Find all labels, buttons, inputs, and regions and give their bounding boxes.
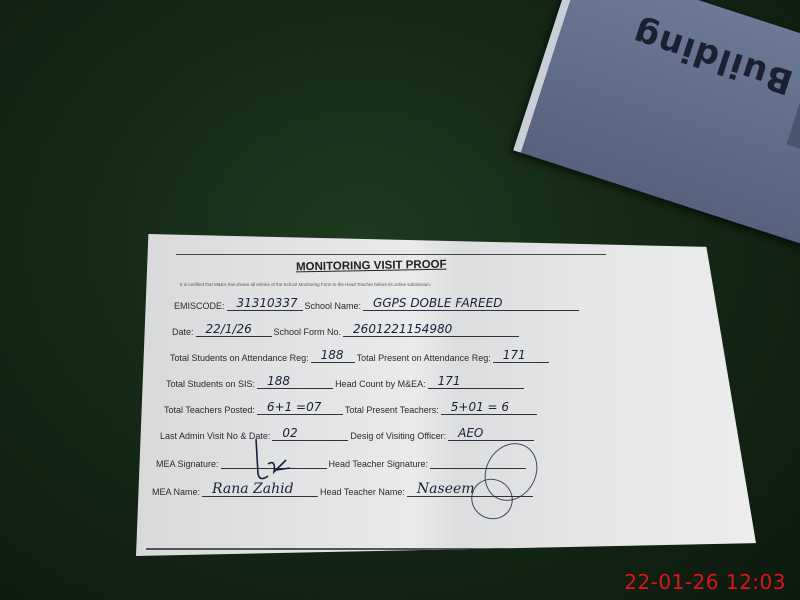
head-teacher-signature-label: Head Teacher Signature: xyxy=(329,459,428,469)
emiscode-value: 31310337 xyxy=(227,296,303,311)
total-present-attendance-value: 171 xyxy=(493,348,549,363)
row-emiscode: EMISCODE: 31310337 School Name: GGPS DOB… xyxy=(174,296,581,311)
school-name-value: GGPS DOBLE FAREED xyxy=(363,296,579,311)
total-students-sis-label: Total Students on SIS: xyxy=(166,379,255,389)
form-title: MONITORING VISIT PROOF xyxy=(296,259,447,274)
mea-signature-scribble-icon xyxy=(246,434,306,484)
row-teachers: Total Teachers Posted: 6+1 =07 Total Pre… xyxy=(164,400,539,415)
monitoring-visit-proof-slip: MONITORING VISIT PROOF It is certified t… xyxy=(136,234,756,556)
total-present-teachers-label: Total Present Teachers: xyxy=(345,405,439,415)
row-sis: Total Students on SIS: 188 Head Count by… xyxy=(166,374,526,389)
bottom-rule xyxy=(146,548,746,550)
school-name-label: School Name: xyxy=(305,301,362,311)
mea-name-label: MEA Name: xyxy=(152,487,200,497)
top-rule xyxy=(176,254,606,255)
booklet-band xyxy=(786,87,800,163)
desig-visiting-officer-value: AEO xyxy=(448,426,534,441)
school-form-no-value: 2601221154980 xyxy=(343,322,519,337)
row-signatures: MEA Signature: [signature] Head Teacher … xyxy=(156,454,528,469)
camera-timestamp: 22-01-26 12:03 xyxy=(624,570,786,594)
emiscode-label: EMISCODE: xyxy=(174,301,225,311)
total-students-attendance-label: Total Students on Attendance Reg: xyxy=(170,353,309,363)
head-teacher-name-label: Head Teacher Name: xyxy=(320,487,405,497)
total-present-teachers-value: 5+01 = 6 xyxy=(441,400,537,415)
date-value: 22/1/26 xyxy=(196,322,272,337)
booklet-title: Building xyxy=(628,13,798,102)
mea-signature-label: MEA Signature: xyxy=(156,459,219,469)
booklet-corner: Building xyxy=(513,0,800,245)
total-students-sis-value: 188 xyxy=(257,374,333,389)
head-count-value: 171 xyxy=(428,374,524,389)
total-present-attendance-label: Total Present on Attendance Reg: xyxy=(357,353,491,363)
row-attendance: Total Students on Attendance Reg: 188 To… xyxy=(170,348,551,363)
head-count-label: Head Count by M&EA: xyxy=(335,379,426,389)
total-teachers-posted-label: Total Teachers Posted: xyxy=(164,405,255,415)
total-students-attendance-value: 188 xyxy=(311,348,355,363)
row-admin-visit: Last Admin Visit No & Date: 02 Desig of … xyxy=(160,426,536,441)
desig-visiting-officer-label: Desig of Visiting Officer: xyxy=(350,431,446,441)
total-teachers-posted-value: 6+1 =07 xyxy=(257,400,343,415)
row-date: Date: 22/1/26 School Form No. 2601221154… xyxy=(172,322,521,337)
certification-text: It is certified that M&EA has shown all … xyxy=(180,282,580,287)
school-form-no-label: School Form No. xyxy=(274,327,342,337)
date-label: Date: xyxy=(172,327,194,337)
mea-name-value: Rana Zahid xyxy=(202,482,318,497)
